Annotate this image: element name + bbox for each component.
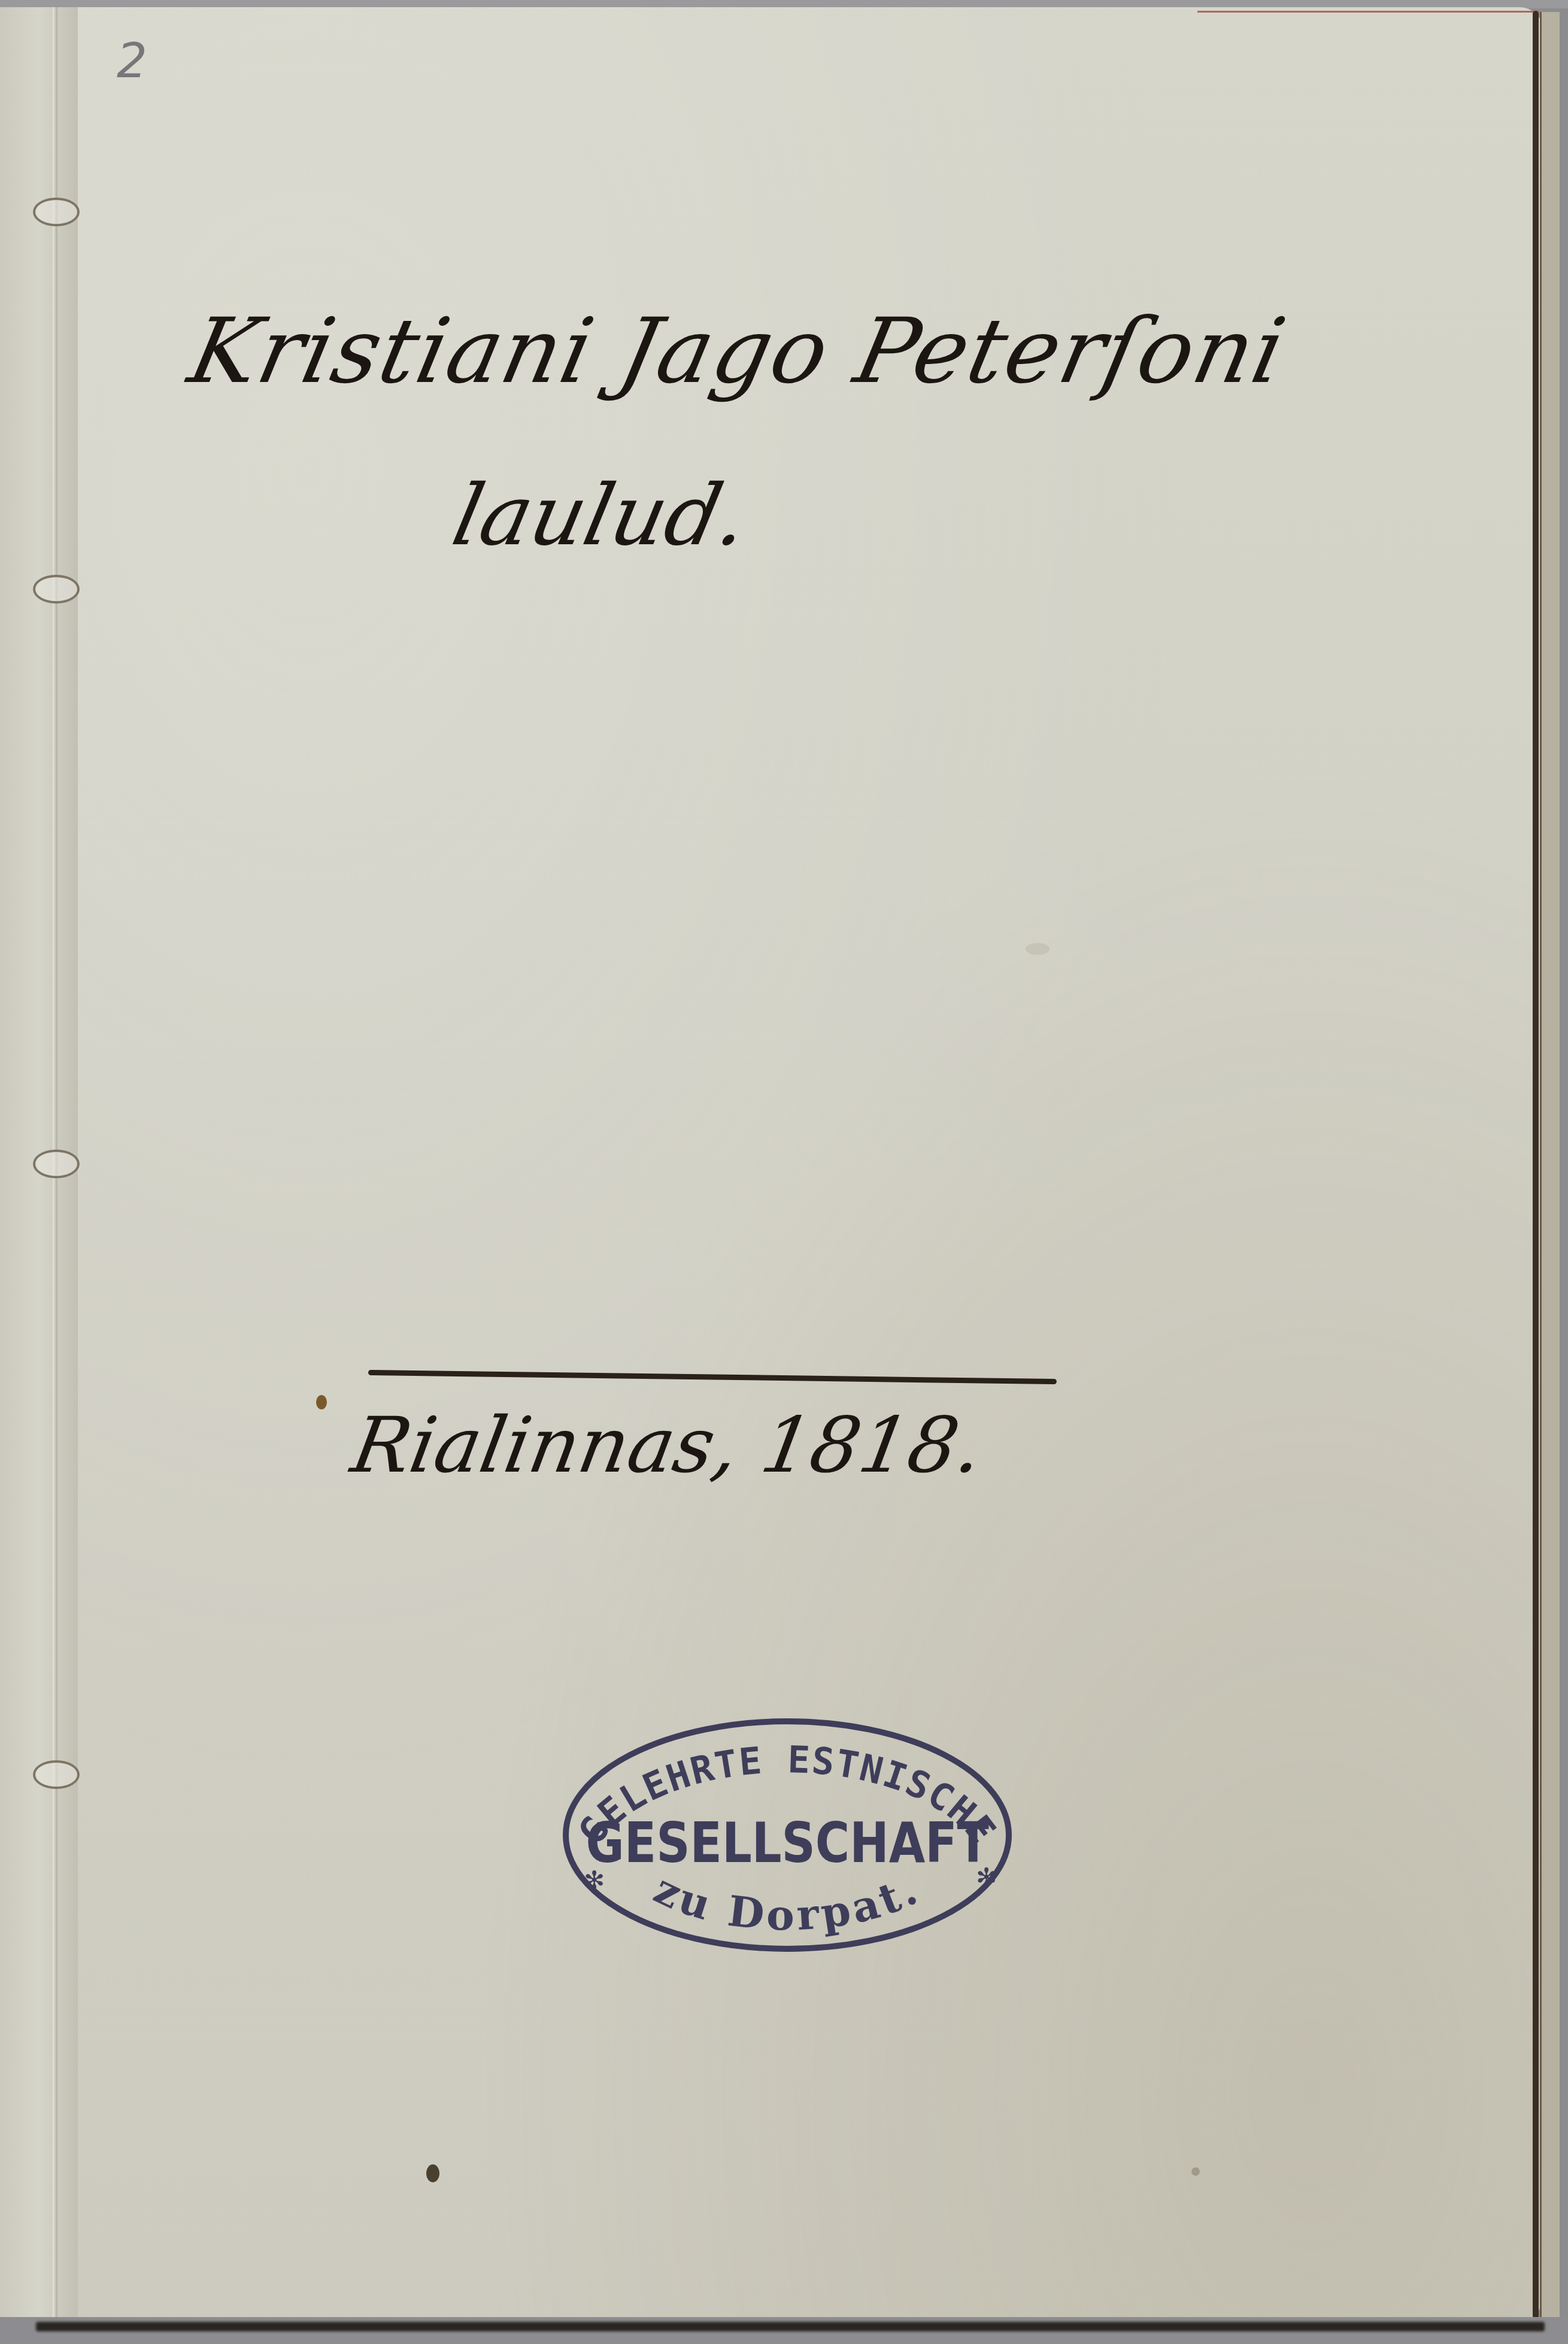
binding-stitch-icon — [33, 198, 80, 226]
binding-stitch-icon — [33, 1150, 80, 1178]
stamp-ornament-left: ✻ — [584, 1866, 605, 1895]
binding-stitch-icon — [33, 575, 80, 604]
library-stamp-icon: GELEHRTE ESTNISCHE GESELLSCHAFT zu Dorpa… — [551, 1709, 1024, 1961]
foxing-spot — [1026, 943, 1050, 955]
cover-edge-top — [1197, 11, 1539, 13]
foxing-spot — [1191, 2167, 1200, 2176]
page-fore-edge — [1533, 11, 1539, 2319]
ink-spot — [426, 2164, 439, 2182]
stamp-ornament-right: ✻ — [976, 1863, 997, 1892]
scanned-page: 2 Kristiani Jago Peterſoni laulud. Riali… — [0, 0, 1568, 2344]
foxing-spot — [316, 1395, 327, 1409]
binding-stitch-icon — [33, 1760, 80, 1789]
title-author: Kristiani Jago Peterſoni — [181, 299, 1295, 404]
stamp-center-text: GESELLSCHAFT — [586, 1812, 989, 1876]
title-work: laulud. — [445, 467, 757, 565]
page-bottom-edge — [36, 2322, 1545, 2331]
pencil-page-number: 2 — [117, 33, 147, 89]
book-cover-edge — [1540, 12, 1560, 2320]
imprint-place-date: Rialinnas, 1818. — [345, 1401, 990, 1490]
